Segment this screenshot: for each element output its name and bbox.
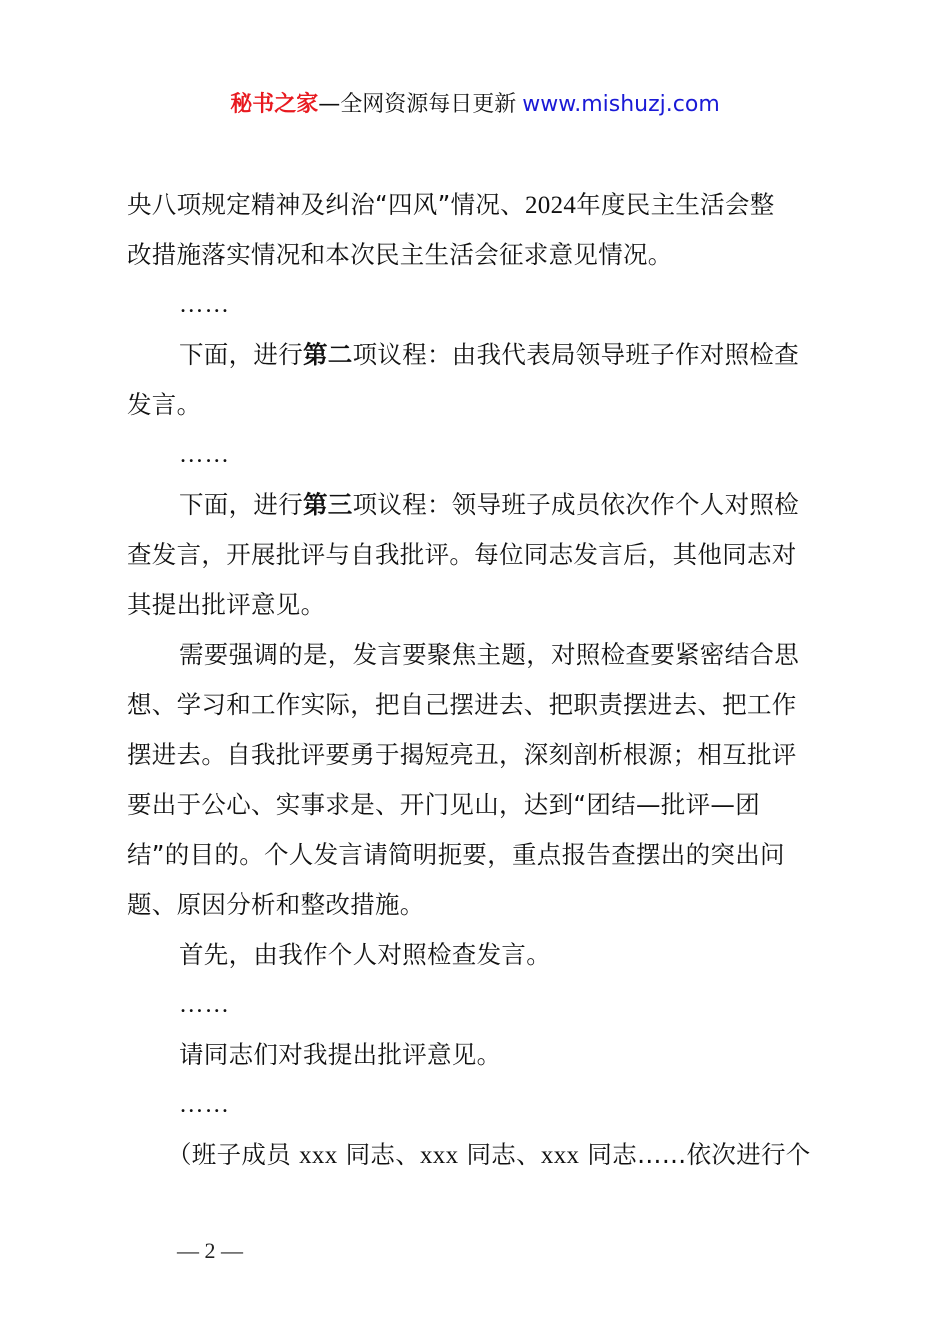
paragraph-line: 题、原因分析和整改措施。 (127, 880, 835, 930)
text-segment: 同志……依次进行个 (579, 1140, 810, 1169)
placeholder-name: xxx (541, 1142, 579, 1169)
year-number: 2024 (525, 192, 576, 219)
paragraph-line: 要出于公心、实事求是、开门见山，达到“团结—批评—团 (127, 780, 835, 830)
page-header-banner: 秘书之家—全网资源每日更新www.mishuzj.com (0, 88, 950, 122)
paragraph-line: 请同志们对我提出批评意见。 (127, 1030, 835, 1080)
agenda-item-3-line: 下面，进行第三项议程：领导班子成员依次作个人对照检 (127, 480, 835, 530)
header-slogan: —全网资源每日更新 (318, 92, 516, 117)
text-segment: 同志、 (338, 1140, 421, 1169)
paragraph-line: 结”的目的。个人发言请简明扼要，重点报告查摆出的突出问 (127, 830, 835, 880)
text-segment: 下面，进行 (179, 490, 303, 519)
text-segment: 项议程：领导班子成员依次作个人对照检 (353, 490, 799, 519)
paragraph-line: 央八项规定精神及纠治“四风”情况、2024年度民主生活会整 (127, 180, 835, 230)
paragraph-line: 查发言，开展批评与自我批评。每位同志发言后，其他同志对 (127, 530, 835, 580)
ellipsis-line: …… (127, 430, 835, 480)
agenda-item-2-line: 下面，进行第二项议程：由我代表局领导班子作对照检查 (127, 330, 835, 380)
document-body: 央八项规定精神及纠治“四风”情况、2024年度民主生活会整 改措施落实情况和本次… (127, 180, 835, 1180)
text-segment: （班子成员 (167, 1140, 299, 1169)
text-segment: 下面，进行 (179, 340, 303, 369)
paragraph-line: 发言。 (127, 380, 835, 430)
ellipsis-line: …… (127, 980, 835, 1030)
agenda-ordinal: 第三 (303, 490, 353, 519)
paragraph-line: 摆进去。自我批评要勇于揭短亮丑，深刻剖析根源；相互批评 (127, 730, 835, 780)
text-segment: 项议程：由我代表局领导班子作对照检查 (353, 340, 799, 369)
placeholder-name: xxx (420, 1142, 458, 1169)
paragraph-line: 改措施落实情况和本次民主生活会征求意见情况。 (127, 230, 835, 280)
agenda-ordinal: 第二 (303, 340, 353, 369)
ellipsis-line: …… (127, 1080, 835, 1130)
ellipsis-line: …… (127, 280, 835, 330)
brand-name: 秘书之家 (230, 92, 318, 117)
paragraph-line: 首先，由我作个人对照检查发言。 (127, 930, 835, 980)
paragraph-line: （班子成员 xxx 同志、xxx 同志、xxx 同志……依次进行个 (127, 1130, 835, 1180)
paragraph-line: 需要强调的是，发言要聚焦主题，对照检查要紧密结合思 (127, 630, 835, 680)
site-url-link[interactable]: www.mishuzj.com (522, 92, 719, 117)
page-number: — 2 — (177, 1238, 243, 1264)
paragraph-line: 其提出批评意见。 (127, 580, 835, 630)
placeholder-name: xxx (299, 1142, 337, 1169)
text-segment: 年度民主生活会整 (576, 190, 774, 219)
text-segment: 同志、 (458, 1140, 541, 1169)
text-segment: 央八项规定精神及纠治“四风”情况、 (127, 190, 525, 219)
paragraph-line: 想、学习和工作实际，把自己摆进去、把职责摆进去、把工作 (127, 680, 835, 730)
document-page: 秘书之家—全网资源每日更新www.mishuzj.com 央八项规定精神及纠治“… (0, 0, 950, 1344)
